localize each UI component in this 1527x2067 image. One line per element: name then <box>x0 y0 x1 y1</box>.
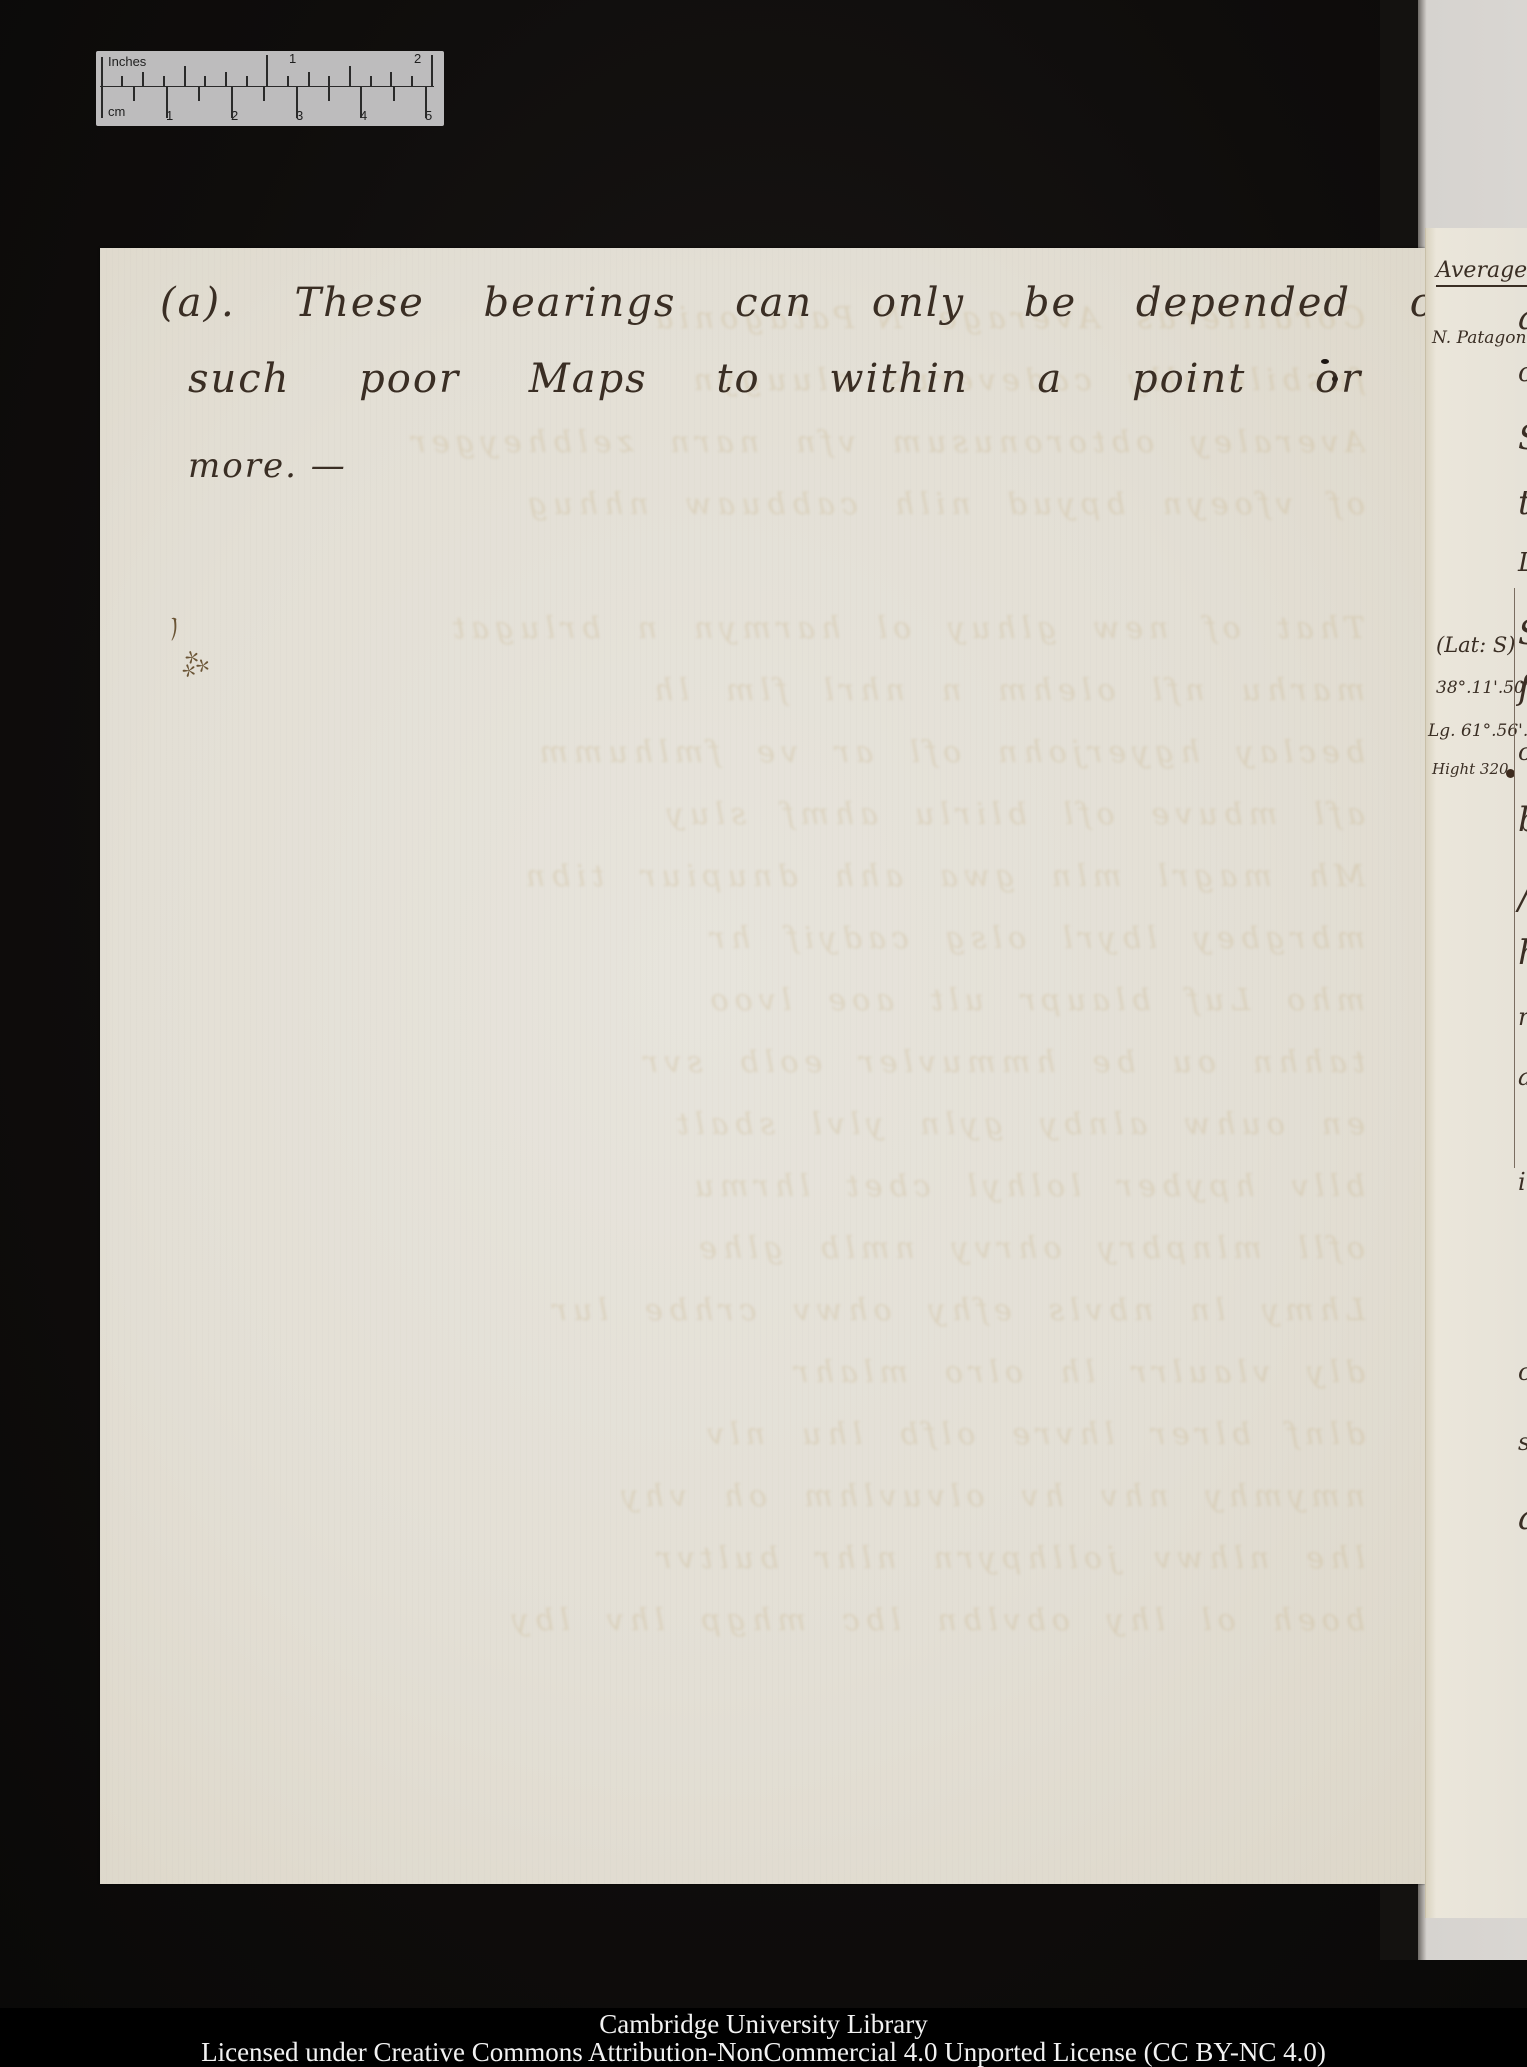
manuscript-page: Cordilleras Average N Patagonia fusbiler… <box>100 248 1425 1884</box>
margin-note-lat-label: (Lat: S) <box>1436 633 1515 657</box>
right-page-letter: on <box>1518 738 1527 766</box>
ruler-inch-1: 1 <box>289 51 296 66</box>
ruler-cm-label: cm <box>108 104 125 119</box>
right-page-letter: cu <box>1518 358 1527 388</box>
right-page-letter: / <box>1518 878 1527 918</box>
manuscript-line-3: more. — <box>188 446 347 486</box>
ruler-inches-label: Inches <box>108 54 146 69</box>
ink-blot <box>1321 359 1329 364</box>
license-footer: Cambridge University Library Licensed un… <box>0 2008 1527 2067</box>
right-page-letter: n <box>1518 1003 1527 1031</box>
right-page-letter: a <box>1518 298 1527 338</box>
margin-note-longitude: Lg. 61°.56'.33" <box>1428 721 1527 741</box>
right-page-letter: i <box>1518 1168 1526 1196</box>
right-page-letter: S <box>1518 613 1527 653</box>
right-page-letter: f <box>1518 668 1527 708</box>
manuscript-line-1: (a). These bearings can only be depended… <box>160 280 1527 326</box>
margin-note-region: N. Patagonia <box>1432 328 1527 348</box>
ink-dot <box>1332 376 1338 382</box>
bleed-through-text: Cordilleras Average N Patagonia fusbiler… <box>160 288 1365 1844</box>
right-page-letter: c <box>1518 1358 1527 1386</box>
scale-ruler: Inches 1 2 cm 1 2 3 4 5 <box>96 51 444 126</box>
right-page-letter: s <box>1518 1428 1527 1456</box>
right-page-letter: th <box>1518 483 1527 523</box>
right-page-letter: S. <box>1518 418 1527 458</box>
right-page-letter: b <box>1518 800 1527 840</box>
ruler-midline <box>100 86 434 87</box>
margin-note-heading: Average <box>1436 258 1527 287</box>
footer-institution: Cambridge University Library <box>0 2008 1527 2038</box>
adjacent-page: Average N. Patagonia (Lat: S) 38°.11'.50… <box>1425 228 1527 1918</box>
footer-license: Licensed under Creative Commons Attribut… <box>0 2038 1527 2066</box>
right-page-letter: a <box>1518 1063 1527 1091</box>
margin-note-height: Hight 320 <box>1432 760 1509 778</box>
ruler-inch-2: 2 <box>414 51 421 66</box>
right-page-letter: h <box>1518 933 1527 973</box>
right-page-letter: Le <box>1518 548 1527 578</box>
right-page-letter: a <box>1518 1498 1527 1538</box>
margin-rule-line <box>1514 588 1515 1168</box>
